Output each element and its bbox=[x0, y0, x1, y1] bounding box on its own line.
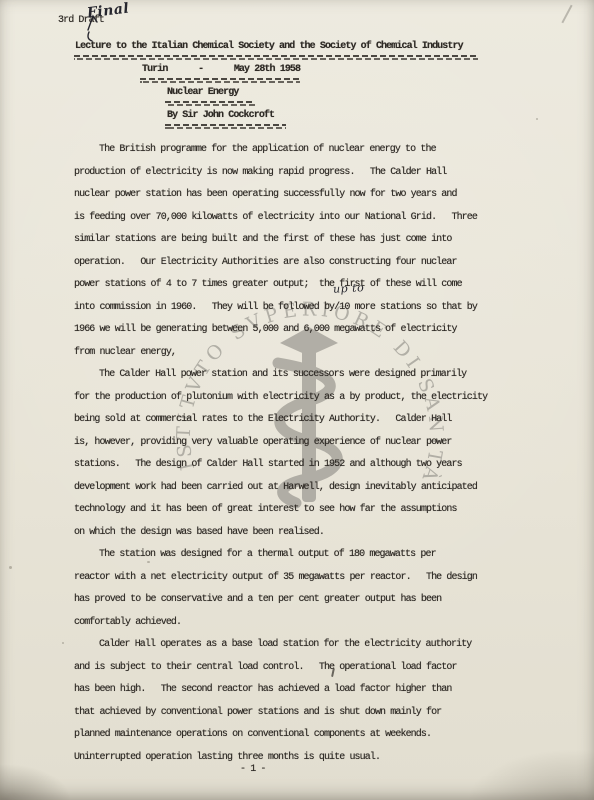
body-paragraph-4: Calder Hall operates as a base load stat… bbox=[74, 634, 487, 769]
handwritten-up-to-note: up to bbox=[333, 281, 365, 296]
scan-scratch bbox=[561, 5, 572, 24]
place-date-line: Turin - May 28th 1958 bbox=[142, 64, 300, 75]
subject-underline bbox=[165, 101, 255, 106]
byline: By Sir John Cockcroft bbox=[167, 110, 274, 121]
typescript-body: The British programme for the applicatio… bbox=[74, 139, 487, 769]
paper-speck bbox=[62, 642, 64, 644]
paper-speck bbox=[9, 566, 12, 569]
insertion-caret-mark bbox=[82, 10, 106, 42]
byline-underline bbox=[165, 124, 286, 129]
lecture-title: Lecture to the Italian Chemical Society … bbox=[75, 41, 463, 52]
typescript-page: ISTITVTO SVPERIORE DI SANITÀ 3rd Draft F… bbox=[0, 0, 594, 800]
paper-speck bbox=[536, 118, 538, 120]
body-paragraph-2: The Calder Hall power station and its su… bbox=[74, 364, 487, 544]
title-underline bbox=[74, 55, 478, 60]
subject-title: Nuclear Energy bbox=[167, 87, 238, 98]
body-paragraph-3: The station was designed for a thermal o… bbox=[74, 544, 487, 634]
page-number: - 1 - bbox=[240, 764, 266, 775]
body-paragraph-1: The British programme for the applicatio… bbox=[74, 139, 487, 364]
place-date-underline bbox=[140, 78, 300, 83]
